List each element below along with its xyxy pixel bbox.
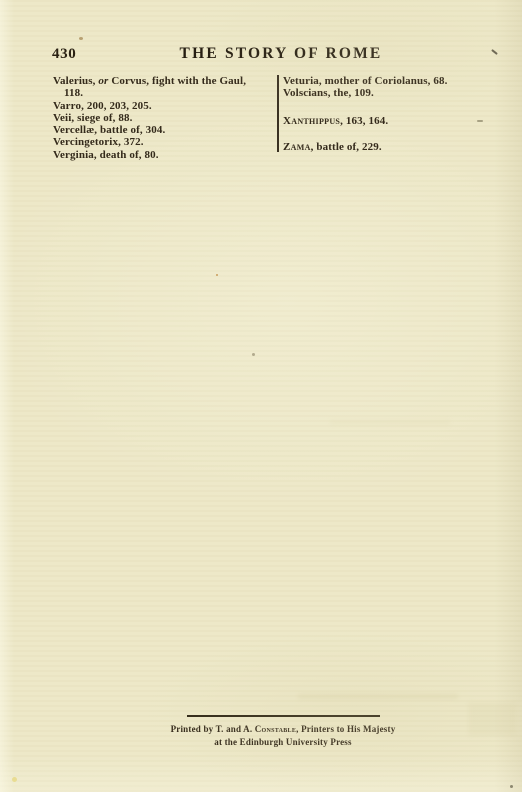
index-entry: Veii, siege of, 88. [53, 112, 246, 124]
paper-speck [252, 353, 255, 356]
paper-speck [477, 120, 483, 122]
printer-imprint: Printed by T. and A. Constable, Printers… [60, 723, 506, 749]
paper-speck [79, 37, 83, 40]
paper-speck [12, 777, 17, 782]
index-entry-text: Volscians, the, 109. [283, 87, 374, 99]
index-entry-text: or [98, 75, 108, 87]
index-entry: Vercellæ, battle of, 304. [53, 124, 246, 136]
index-right-column: Veturia, mother of Coriolanus, 68.Volsci… [283, 75, 448, 153]
index-entry: 118. [53, 87, 246, 99]
index-left-column: Valerius, or Corvus, fight with the Gaul… [53, 75, 246, 161]
index-entry: Veturia, mother of Coriolanus, 68. [283, 75, 448, 87]
paper-speck [216, 274, 218, 276]
index-entry-text: Vercingetorix, 372. [53, 136, 144, 148]
page-title: THE STORY OF ROME [40, 45, 522, 63]
index-entry: Xanthippus, 163, 164. [283, 115, 448, 127]
index-entry: Volscians, the, 109. [283, 87, 448, 99]
index-entry: Verginia, death of, 80. [53, 149, 246, 161]
index-entry-text: Valerius, [53, 75, 98, 87]
index-entry-text: Vercellæ, battle of, 304. [53, 124, 165, 136]
paper-speck [510, 785, 513, 788]
imprint-line-1: Printed by T. and A. Constable, Printers… [60, 723, 506, 736]
index-entry: Varro, 200, 203, 205. [53, 100, 246, 112]
imprint-line-2: at the Edinburgh University Press [60, 736, 506, 749]
index-entry-text: Verginia, death of, 80. [53, 149, 159, 161]
column-divider-rule [277, 75, 279, 152]
index-entry: Valerius, or Corvus, fight with the Gaul… [53, 75, 246, 87]
index-entry-text: 118. [64, 87, 83, 99]
book-page: 430 THE STORY OF ROME Valerius, or Corvu… [0, 0, 522, 792]
index-entry-text: Varro, 200, 203, 205. [53, 100, 152, 112]
index-entry-text: , battle of, 229. [311, 141, 382, 153]
index-entry: Vercingetorix, 372. [53, 136, 246, 148]
index-entry-text: Zama [283, 141, 311, 153]
index-entry-text: Veii, siege of, 88. [53, 112, 132, 124]
index-entry-text: Veturia, mother of Coriolanus, 68. [283, 75, 448, 87]
show-through-smudge [298, 694, 458, 699]
index-entry-text: , 163, 164. [340, 115, 388, 127]
index-entry-text: Corvus, fight with the Gaul, [108, 75, 246, 87]
index-entry: Zama, battle of, 229. [283, 141, 448, 153]
footer-rule [187, 715, 380, 717]
index-entry-text: Xanthippus [283, 115, 340, 127]
show-through-smudge [330, 420, 450, 425]
